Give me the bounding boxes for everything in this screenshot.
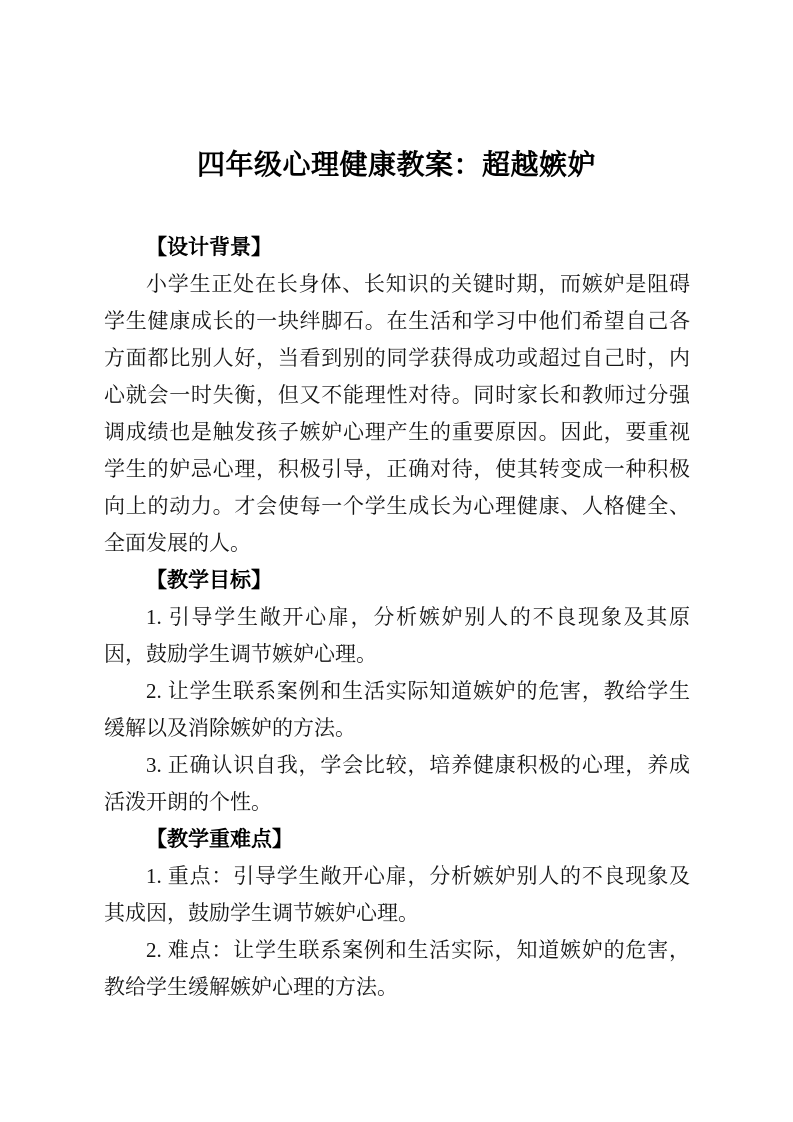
section-key-difficult-points: 【教学重难点】 1. 重点：引导学生敞开心扉，分析嫉妒别人的不良现象及其成因，鼓… (104, 821, 690, 1006)
section-heading: 【设计背景】 (104, 229, 690, 266)
document-page: 四年级心理健康教案：超越嫉妒 【设计背景】 小学生正处在长身体、长知识的关键时期… (0, 0, 793, 1122)
section-heading: 【教学目标】 (104, 562, 690, 599)
section-teaching-goals: 【教学目标】 1. 引导学生敞开心扉，分析嫉妒别人的不良现象及其原因，鼓励学生调… (104, 562, 690, 821)
page-title: 四年级心理健康教案：超越嫉妒 (0, 148, 793, 184)
paragraph: 1. 重点：引导学生敞开心扉，分析嫉妒别人的不良现象及其成因，鼓励学生调节嫉妒心… (104, 858, 690, 932)
paragraph: 1. 引导学生敞开心扉，分析嫉妒别人的不良现象及其原因，鼓励学生调节嫉妒心理。 (104, 599, 690, 673)
paragraph: 小学生正处在长身体、长知识的关键时期，而嫉妒是阻碍学生健康成长的一块绊脚石。在生… (104, 266, 690, 562)
paragraph: 2. 难点：让学生联系案例和生活实际，知道嫉妒的危害，教给学生缓解嫉妒心理的方法… (104, 932, 690, 1006)
document-body: 【设计背景】 小学生正处在长身体、长知识的关键时期，而嫉妒是阻碍学生健康成长的一… (0, 229, 793, 1006)
paragraph: 3. 正确认识自我，学会比较，培养健康积极的心理，养成活泼开朗的个性。 (104, 747, 690, 821)
paragraph: 2. 让学生联系案例和生活实际知道嫉妒的危害，教给学生缓解以及消除嫉妒的方法。 (104, 673, 690, 747)
section-design-background: 【设计背景】 小学生正处在长身体、长知识的关键时期，而嫉妒是阻碍学生健康成长的一… (104, 229, 690, 562)
section-heading: 【教学重难点】 (104, 821, 690, 858)
